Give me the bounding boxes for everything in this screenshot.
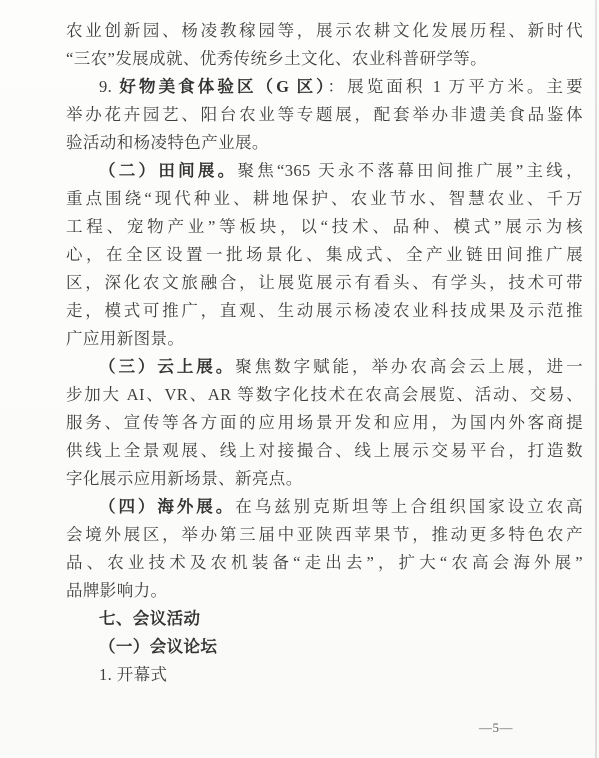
line-text: 工程、宠物产业”等板块，以“技术、品种、模式”展示为核	[66, 217, 583, 236]
text-line: 品牌影响力。	[66, 577, 583, 605]
line-text: 区，深化农文旅融合，让展览展示有看头、有学头，技术可带	[66, 273, 583, 292]
line-text: 聚焦数字赋能，举办农高会云上展，进一	[235, 357, 583, 376]
section-heading: （二）田间展。	[99, 161, 237, 180]
section-heading: （三）云上展。	[99, 357, 235, 376]
chapter-heading-line: 七、会议活动	[66, 605, 583, 633]
section-heading: （四）海外展。	[99, 497, 235, 516]
line-text: 重点围绕“现代种业、耕地保护、农业节水、智慧农业、千万	[66, 189, 583, 208]
text-line: 区，深化农文旅融合，让展览展示有看头、有学头，技术可带	[66, 269, 583, 297]
text-line: 广应用新图景。	[66, 325, 583, 353]
line-text: 1. 开幕式	[99, 665, 167, 684]
list-number: 9.	[99, 77, 119, 96]
line-text: 步加大 AI、VR、AR 等数字化技术在农高会展览、活动、交易、	[66, 385, 583, 404]
line-text: 会境外展区，举办第三届中亚陕西苹果节，推动更多特色农产	[66, 525, 583, 544]
text-line: 9. 好物美食体验区（G 区）：展览面积 1 万平方米。主要	[66, 73, 583, 101]
text-line: 服务、宣传等各方面的应用场景开发和应用，为国内外客商提	[66, 409, 583, 437]
line-text: 广应用新图景。	[66, 329, 184, 348]
line-text: 服务、宣传等各方面的应用场景开发和应用，为国内外客商提	[66, 413, 583, 432]
text-line: 走，模式可推广，直观、生动展示杨凌农业科技成果及示范推	[66, 297, 583, 325]
line-text: 在乌兹别克斯坦等上合组织国家设立农高	[235, 497, 583, 516]
line-text: 心，在全区设置一批场景化、集成式、全产业链田间推广展	[66, 245, 583, 264]
text-line: （三）云上展。聚焦数字赋能，举办农高会云上展，进一	[66, 353, 583, 381]
text-line: 供线上全景观展、线上对接撮合、线上展示交易平台，打造数	[66, 437, 583, 465]
text-line: 农业创新园、杨凌教稼园等，展示农耕文化发展历程、新时代	[66, 17, 583, 45]
line-text: 举办花卉园艺、阳台农业等专题展，配套举办非遗美食品鉴体	[66, 105, 583, 124]
line-text: 农业创新园、杨凌教稼园等，展示农耕文化发展历程、新时代	[66, 21, 583, 40]
document-body: 农业创新园、杨凌教稼园等，展示农耕文化发展历程、新时代 “三农”发展成就、优秀传…	[66, 17, 583, 689]
line-text: 验活动和杨凌特色产业展。	[66, 133, 269, 152]
text-line: 1. 开幕式	[66, 661, 583, 689]
text-line: 举办花卉园艺、阳台农业等专题展，配套举办非遗美食品鉴体	[66, 101, 583, 129]
text-line: 工程、宠物产业”等板块，以“技术、品种、模式”展示为核	[66, 213, 583, 241]
text-line: 品、农业技术及农机装备“走出去”，扩大“农高会海外展”	[66, 549, 583, 577]
section-heading: 好物美食体验区（G 区）	[119, 77, 327, 96]
document-page: 农业创新园、杨凌教稼园等，展示农耕文化发展历程、新时代 “三农”发展成就、优秀传…	[0, 0, 599, 758]
text-line: 字化展示应用新场景、新亮点。	[66, 465, 583, 493]
scan-edge-line	[595, 0, 597, 758]
section-heading: （一）会议论坛	[99, 637, 217, 656]
line-text: “三农”发展成就、优秀传统乡土文化、农业科普研学等。	[66, 49, 487, 68]
line-text: 走，模式可推广，直观、生动展示杨凌农业科技成果及示范推	[66, 301, 583, 320]
text-line: 验活动和杨凌特色产业展。	[66, 129, 583, 157]
text-line: （二）田间展。聚焦“365 天永不落幕田间推广展”主线，	[66, 157, 583, 185]
text-line: 会境外展区，举办第三届中亚陕西苹果节，推动更多特色农产	[66, 521, 583, 549]
text-line: 步加大 AI、VR、AR 等数字化技术在农高会展览、活动、交易、	[66, 381, 583, 409]
line-text: 字化展示应用新场景、新亮点。	[66, 469, 303, 488]
text-line: 心，在全区设置一批场景化、集成式、全产业链田间推广展	[66, 241, 583, 269]
page-number: —5—	[479, 720, 513, 736]
line-text: 聚焦“365 天永不落幕田间推广展”主线，	[237, 161, 583, 180]
line-text: 品牌影响力。	[66, 581, 167, 600]
line-text: ：展览面积 1 万平方米。主要	[328, 77, 584, 96]
line-text: 供线上全景观展、线上对接撮合、线上展示交易平台，打造数	[66, 441, 583, 460]
text-line: （四）海外展。在乌兹别克斯坦等上合组织国家设立农高	[66, 493, 583, 521]
section-heading-line: （一）会议论坛	[66, 633, 583, 661]
text-line: “三农”发展成就、优秀传统乡土文化、农业科普研学等。	[66, 45, 583, 73]
line-text: 品、农业技术及农机装备“走出去”，扩大“农高会海外展”	[66, 553, 583, 572]
chapter-heading: 七、会议活动	[99, 609, 200, 628]
text-line: 重点围绕“现代种业、耕地保护、农业节水、智慧农业、千万	[66, 185, 583, 213]
